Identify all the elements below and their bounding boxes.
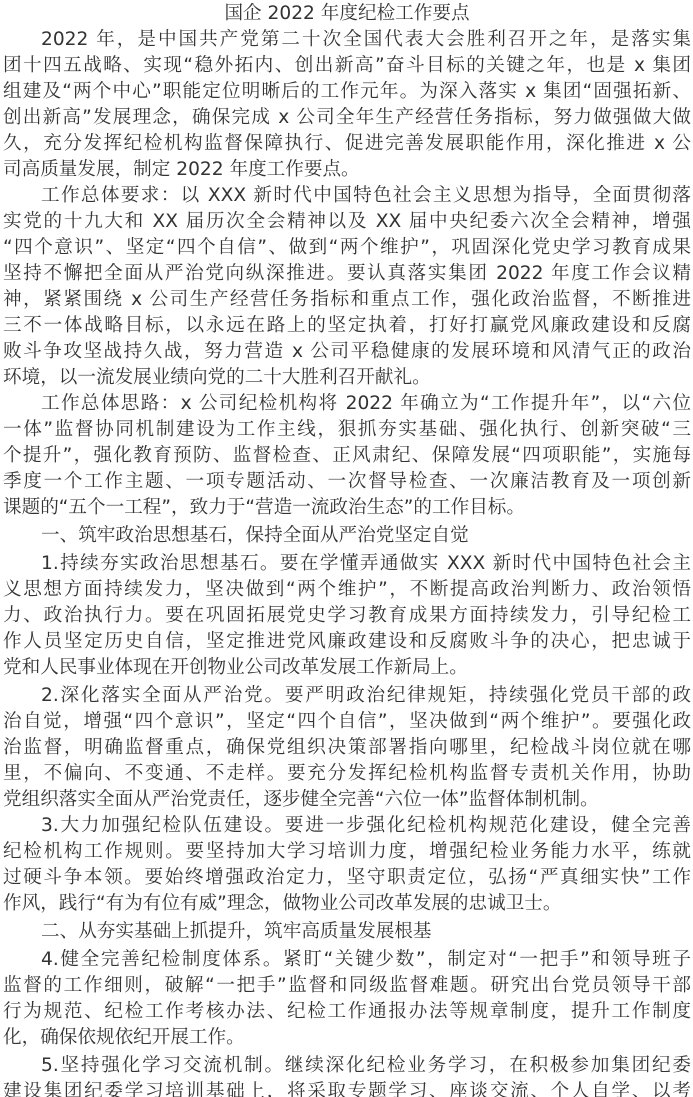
- paragraph: 2.深化落实全面从严治党。要严明政治纪律规矩，持续强化党员干部的政治自觉，增强“…: [3, 683, 691, 813]
- text-line: 纪检机构工作规则。要坚持加大学习培训力度，增强纪检业务能力水平，练就: [3, 839, 691, 865]
- text-line: 三不一体战略目标，以永远在路上的坚定执着，打好打赢党风廉政建设和反腐: [3, 313, 691, 339]
- text-line: 组建及“两个中心”职能定位明晰后的工作元年。为深入落实 x 集团“固强拓新、: [3, 79, 691, 105]
- text-line: 行为规范、纪检工作考核办法、纪检工作通报办法等规章制度，提升工作制度: [3, 999, 691, 1025]
- text-line: 二、从夯实基础上抓提升，筑牢高质量发展根基: [3, 919, 691, 945]
- paragraph: 2022 年，是中国共产党第二十次全国代表大会胜利召开之年，是落实集团十四五战略…: [3, 27, 691, 183]
- document-body: 2022 年，是中国共产党第二十次全国代表大会胜利召开之年，是落实集团十四五战略…: [3, 27, 691, 1097]
- text-line: 治监督，明确监督重点，确保党组织决策部署指向哪里，纪检战斗岗位就在哪: [3, 735, 691, 761]
- paragraph: 4.健全完善纪检制度体系。紧盯“关键少数”，制定对“一把手”和领导班子监督的工作…: [3, 947, 691, 1051]
- text-line: 神，紧紧围绕 x 公司生产经营任务指标和重点工作，强化政治监督，不断推进: [3, 287, 691, 313]
- document-title: 国企 2022 年度纪检工作要点: [3, 0, 691, 27]
- text-line: 司高质量发展，制定 2022 年度工作要点。: [3, 157, 691, 183]
- text-line: 监督的工作细则，破解“一把手”监督和同级监督难题。研究出台党员领导干部: [3, 973, 691, 999]
- text-line: 建设集团纪委学习培训基础上，将采取专题学习、座谈交流、个人自学、以考: [3, 1079, 691, 1097]
- text-line: 党组织落实全面从严治党责任，逐步健全完善“六位一体”监督体制机制。: [3, 787, 691, 813]
- text-line: 2022 年，是中国共产党第二十次全国代表大会胜利召开之年，是落实集: [3, 27, 691, 53]
- text-line: 环境，以一流发展业绩向党的二十大胜利召开献礼。: [3, 365, 691, 391]
- text-line: 季度一个工作主题、一项专题活动、一次督导检查、一次廉洁教育及一项创新: [3, 469, 691, 495]
- text-line: 作人员坚定历史自信，坚定推进党风廉政建设和反腐败斗争的决心，把忠诚于: [3, 629, 691, 655]
- text-line: 4.健全完善纪检制度体系。紧盯“关键少数”，制定对“一把手”和领导班子: [3, 947, 691, 973]
- text-line: 化，确保依规依纪开展工作。: [3, 1025, 691, 1051]
- text-line: “四个意识”、坚定“四个自信”、做到“两个维护”，巩固深化党史学习教育成果: [3, 235, 691, 261]
- text-line: 工作总体要求：以 XXX 新时代中国特色社会主义思想为指导，全面贯彻落: [3, 183, 691, 209]
- text-line: 工作总体思路：x 公司纪检机构将 2022 年确立为“工作提升年”，以“六位: [3, 391, 691, 417]
- document-page: 国企 2022 年度纪检工作要点 2022 年，是中国共产党第二十次全国代表大会…: [0, 0, 693, 1097]
- text-line: 实党的十九大和 XX 届历次全会精神以及 XX 届中央纪委六次全会精神，增强: [3, 209, 691, 235]
- text-line: 3.大力加强纪检队伍建设。要进一步强化纪检机构规范化建设，健全完善: [3, 813, 691, 839]
- text-line: 义思想方面持续发力，坚决做到“两个维护”，不断提高政治判断力、政治领悟: [3, 577, 691, 603]
- text-line: 党和人民事业体现在开创物业公司改革发展工作新局上。: [3, 655, 691, 681]
- text-line: 2.深化落实全面从严治党。要严明政治纪律规矩，持续强化党员干部的政: [3, 683, 691, 709]
- text-line: 里，不偏向、不变通、不走样。要充分发挥纪检机构监督专责机关作用，协助: [3, 761, 691, 787]
- paragraph: 1.持续夯实政治思想基石。要在学懂弄通做实 XXX 新时代中国特色社会主义思想方…: [3, 551, 691, 681]
- text-line: 作风，践行“有为有位有威”理念，做物业公司改革发展的忠诚卫士。: [3, 891, 691, 917]
- text-line: 5.坚持强化学习交流机制。继续深化纪检业务学习，在积极参加集团纪委: [3, 1053, 691, 1079]
- text-line: 一体”监督协同机制建设为工作主线，狠抓夯实基础、强化执行、创新突破“三: [3, 417, 691, 443]
- text-line: 坚持不懈把全面从严治党向纵深推进。要认真落实集团 2022 年度工作会议精: [3, 261, 691, 287]
- section-heading: 二、从夯实基础上抓提升，筑牢高质量发展根基: [3, 919, 691, 945]
- text-line: 力、政治执行力。要在巩固拓展党史学习教育成果方面持续发力，引导纪检工: [3, 603, 691, 629]
- text-line: 一、筑牢政治思想基石，保持全面从严治党坚定自觉: [3, 523, 691, 549]
- text-line: 个提升”，强化教育预防、监督检查、正风肃纪、保障发展“四项职能”，实施每: [3, 443, 691, 469]
- text-line: 创出新高”发展理念，确保完成 x 公司全年生产经营任务指标，努力做强做大做: [3, 105, 691, 131]
- text-line: 1.持续夯实政治思想基石。要在学懂弄通做实 XXX 新时代中国特色社会主: [3, 551, 691, 577]
- text-line: 久，充分发挥纪检机构监督保障执行、促进完善发展职能作用，深化推进 x 公: [3, 131, 691, 157]
- text-line: 治自觉，增强“四个意识”，坚定“四个自信”，坚决做到“两个维护”。要强化政: [3, 709, 691, 735]
- paragraph: 3.大力加强纪检队伍建设。要进一步强化纪检机构规范化建设，健全完善纪检机构工作规…: [3, 813, 691, 917]
- paragraph: 工作总体思路：x 公司纪检机构将 2022 年确立为“工作提升年”，以“六位一体…: [3, 391, 691, 521]
- text-line: 团十四五战略、实现“稳外拓内、创出新高”奋斗目标的关键之年，也是 x 集团: [3, 53, 691, 79]
- text-line: 过硬斗争本领。要始终增强政治定力，坚守职责定位，弘扬“严真细实快”工作: [3, 865, 691, 891]
- paragraph: 5.坚持强化学习交流机制。继续深化纪检业务学习，在积极参加集团纪委建设集团纪委学…: [3, 1053, 691, 1097]
- text-line: 败斗争攻坚战持久战，努力营造 x 公司平稳健康的发展环境和风清气正的政治: [3, 339, 691, 365]
- text-line: 课题的“五个一工程”，致力于“营造一流政治生态”的工作目标。: [3, 495, 691, 521]
- section-heading: 一、筑牢政治思想基石，保持全面从严治党坚定自觉: [3, 523, 691, 549]
- paragraph: 工作总体要求：以 XXX 新时代中国特色社会主义思想为指导，全面贯彻落实党的十九…: [3, 183, 691, 391]
